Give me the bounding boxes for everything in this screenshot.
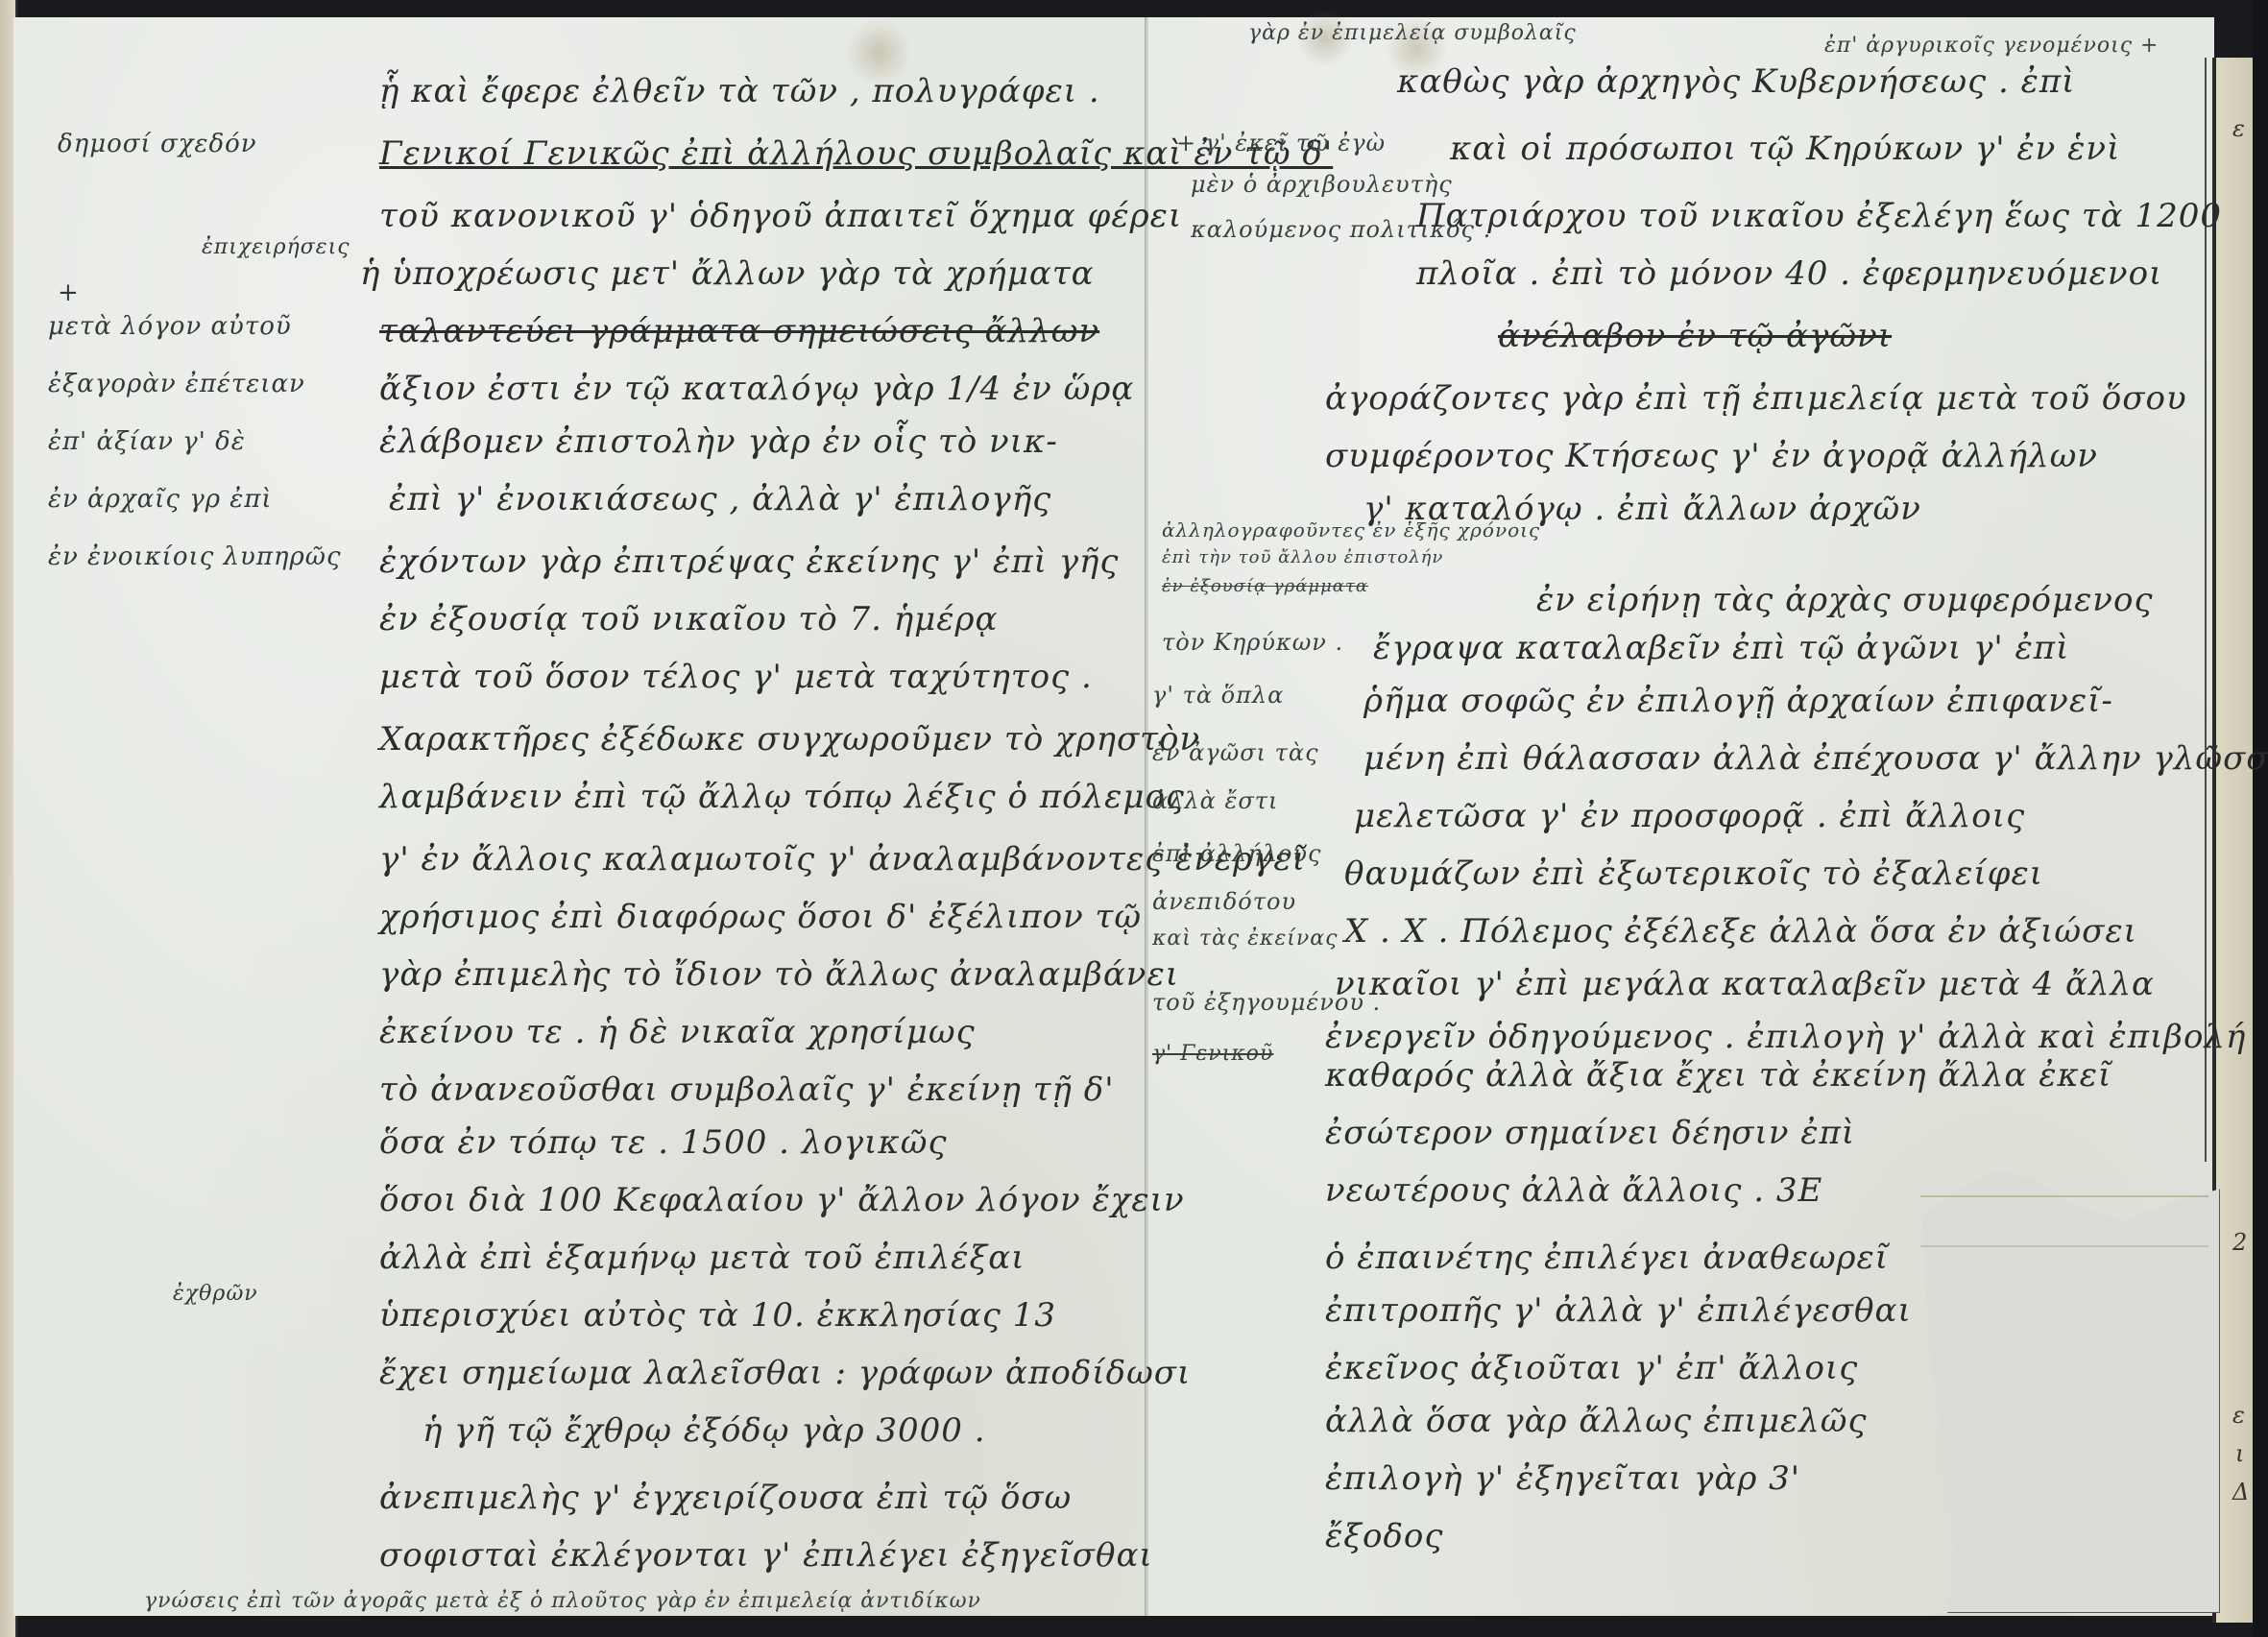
text-line: ἐπιλογὴ γ' ἐξηγεῖται γὰρ 3' [1325,1459,1800,1498]
margin-note: + γ' ἐκεῖ τῷ ἐγὼ [1176,130,1386,156]
text-line: ἐκεῖνος ἀξιοῦται γ' ἐπ' ἄλλοις [1325,1349,1858,1387]
edge-mark: Δ [2232,1479,2249,1505]
margin-note: ἐπὶ τὴν τοῦ ἄλλου ἐπιστολήν [1162,547,1443,567]
margin-note: ἐν ἐνοικίοις λυπηρῶς [48,542,342,571]
margin-note: μὲν ὁ ἀρχιβουλευτὴς [1191,171,1453,198]
margin-note: γ' τὰ ὅπλα [1152,682,1284,709]
margin-note: ἐχθρῶν [173,1282,258,1306]
text-line: πλοῖα . ἐπὶ τὸ μόνον 40 . ἐφερμηνευόμενο… [1416,254,2162,293]
text-line: ὁ ἐπαινέτης ἐπιλέγει ἀναθεωρεῖ [1325,1239,1889,1277]
text-line: ἄξιον ἐστι ἐν τῷ καταλόγῳ γὰρ 1/4 ἐν ὥρᾳ [379,370,1134,408]
text-line: συμφέροντος Κτήσεως γ' ἐν ἀγορᾷ ἀλλήλων [1325,437,2098,475]
margin-note: δημοσί σχεδόν [58,130,257,158]
margin-note: ἐν ἀγῶσι τὰς [1152,739,1319,766]
text-line: ἀνεπιμελὴς γ' ἐγχειρίζουσα ἐπὶ τῷ ὅσω [379,1479,1072,1517]
text-line: νεωτέρους ἀλλὰ ἄλλοις . 3Ε [1325,1171,1822,1210]
text-line: καὶ οἱ πρόσωποι τῷ Κηρύκων γ' ἐν ἑνὶ [1450,130,2120,168]
text-line: ἐσώτερον σημαίνει δέησιν ἐπὶ [1325,1114,1855,1152]
text-line: ἡ γῆ τῷ ἔχθρῳ ἐξόδῳ γὰρ 3000 . [422,1411,986,1450]
text-line: ἔξοδος [1325,1517,1443,1555]
text-line: χρήσιμος ἐπὶ διαφόρως ὅσοι δ' ἐξέλιπον τ… [379,898,1142,936]
text-line: ἡ ὑποχρέωσις μετ' ἄλλων γὰρ τὰ χρήματα [360,254,1095,293]
margin-note: ἐξαγορὰν ἐπέτειαν [48,370,305,398]
text-line: λαμβάνειν ἐπὶ τῷ ἄλλῳ τόπῳ λέξις ὁ πόλεμ… [379,778,1185,816]
margin-note: τὸν Κηρύκων . [1162,629,1343,656]
text-line: ὅσοι διὰ 100 Κεφαλαίου γ' ἄλλον λόγον ἔχ… [379,1181,1185,1219]
margin-note: μετὰ λόγον αὐτοῦ [48,312,292,341]
header-note: γὰρ ἐν ἐπιμελείᾳ συμβολαῖς [1248,21,1577,45]
margin-note: γ' Γενικοῦ [1152,1042,1273,1066]
text-line: ἐπιτροπῆς γ' ἀλλὰ γ' ἐπιλέγεσθαι [1325,1291,1912,1330]
text-line: ἐκείνου τε . ἡ δὲ νικαῖα χρησίμως [379,1013,976,1051]
margin-note: ἐπ' ἀξίαν γ' δὲ [48,427,246,456]
text-line: καθὼς γὰρ ἀρχηγὸς Κυβερνήσεως . ἐπὶ [1397,62,2076,101]
text-line: μένη ἐπὶ θάλασσαν ἀλλὰ ἐπέχουσα γ' ἄλλην… [1363,739,2268,778]
text-line: ἐν ἐξουσίᾳ τοῦ νικαῖου τὸ 7. ἡμέρᾳ [379,600,998,638]
text-line: ἐπὶ γ' ἐνοικιάσεως , ἀλλὰ γ' ἐπιλογῆς [389,480,1051,518]
margin-note: ἐν ἀρχαῖς γρ ἐπὶ [48,485,273,514]
margin-note: καὶ τὰς ἐκείνας [1152,927,1338,951]
text-line: Χαρακτῆρες ἐξέδωκε συγχωροῦμεν τὸ χρηστὸ… [379,720,1200,758]
edge-mark: 2 [2232,1229,2247,1256]
text-line: τοῦ κανονικοῦ γ' ὁδηγοῦ ἀπαιτεῖ ὅχημα φέ… [379,197,1182,235]
margin-note: ἐν ἐξουσίᾳ γράμματα [1162,576,1368,596]
text-line: γ' καταλόγῳ . ἐπὶ ἄλλων ἀρχῶν [1363,490,1921,528]
edge-mark: ε [2232,115,2245,142]
text-line: ἐν εἰρήνῃ τὰς ἀρχὰς συμφερόμενος [1536,581,2154,619]
text-line: ἐλάβομεν ἐπιστολὴν γὰρ ἐν οἷς τὸ νικ- [379,422,1058,461]
text-line: ἀγοράζοντες γὰρ ἐπὶ τῇ ἐπιμελείᾳ μετὰ το… [1325,379,2187,418]
manuscript-spread: δημοσί σχεδόν ἐπιχειρήσεις + μετὰ λόγον … [0,0,2268,1637]
text-line: ἀνέλαβον ἐν τῷ ἀγῶνι [1498,317,1892,355]
text-line: ὑπερισχύει αὐτὸς τὰ 10. ἐκκλησίας 13 [379,1296,1056,1335]
text-line: καθαρός ἀλλὰ ἄξια ἔχει τὰ ἐκείνη ἄλλα ἐκ… [1325,1056,2111,1095]
text-line: Χ . Χ . Πόλεμος ἐξέλεξε ἀλλὰ ὅσα ἐν ἀξιώ… [1344,912,2137,951]
water-stain [1920,1195,2208,1247]
margin-note: ἀλλὰ ἔστι [1152,787,1278,814]
edge-mark: ε [2232,1402,2245,1429]
text-line: ῥῆμα σοφῶς ἐν ἐπιλογῇ ἀρχαίων ἐπιφανεῖ- [1363,682,2113,720]
text-line: ἔγραψα καταλαβεῖν ἐπὶ τῷ ἀγῶνι γ' ἐπὶ [1373,629,2069,667]
text-line: ᾗ καὶ ἔφερε ἐλθεῖν τὰ τῶν , πολυγράφει . [379,72,1100,110]
footer-note: γνώσεις ἐπὶ τῶν ἀγορᾶς μετὰ ἐξ ὁ πλοῦτος… [144,1589,981,1613]
text-line: θαυμάζων ἐπὶ ἐξωτερικοῖς τὸ ἐξαλείφει [1344,855,2043,893]
text-line: ἀλλὰ ὅσα γὰρ ἄλλως ἐπιμελῶς [1325,1402,1868,1440]
margin-note: ἐπὶ ἀλλήλους [1152,840,1321,867]
header-note: ἐπ' ἀργυρικοῖς γενομένοις + [1824,34,2159,58]
text-line: ἔχει σημείωμα λαλεῖσθαι : γράφων ἀποδίδω… [379,1354,1191,1392]
right-page-edge-strip [2214,58,2255,1623]
text-line: Πατριάρχου τοῦ νικαῖου ἐξελέγη ἕως τὰ 12… [1416,197,2222,235]
text-line: ἐνεργεῖν ὁδηγούμενος . ἐπιλογὴ γ' ἀλλὰ κ… [1325,1018,2246,1056]
edge-mark: ι [2235,1440,2244,1467]
text-line: γὰρ ἐπιμελὴς τὸ ἴδιον τὸ ἄλλως ἀναλαμβάν… [379,955,1179,994]
text-line: μετὰ τοῦ ὅσον τέλος γ' μετὰ ταχύτητος . [379,658,1093,696]
text-line: νικαῖοι γ' ἐπὶ μεγάλα καταλαβεῖν μετὰ 4 … [1335,965,2155,1003]
margin-note: + [58,278,80,307]
text-line: ἐχόντων γὰρ ἐπιτρέψας ἐκείνης γ' ἐπὶ γῆς [379,542,1119,581]
margin-note: ἐπιχειρήσεις [202,235,350,259]
margin-note: ἀνεπιδότου [1152,888,1296,915]
text-line: μελετῶσα γ' ἐν προσφορᾷ . ἐπὶ ἄλλοις [1354,797,2025,835]
text-line: ταλαντεύει γράμματα σημειώσεις ἄλλων [379,312,1099,350]
text-line: ὅσα ἐν τόπῳ τε . 1500 . λογικῶς [379,1123,948,1162]
text-line: ἀλλὰ ἐπὶ ἑξαμήνῳ μετὰ τοῦ ἐπιλέξαι [379,1239,1025,1277]
text-line: τὸ ἀνανεοῦσθαι συμβολαῖς γ' ἐκείνῃ τῇ δ' [379,1071,1115,1109]
dark-background-strip [2253,0,2268,1637]
text-line: σοφισταὶ ἐκλέγονται γ' ἐπιλέγει ἐξηγεῖσθ… [379,1536,1153,1575]
